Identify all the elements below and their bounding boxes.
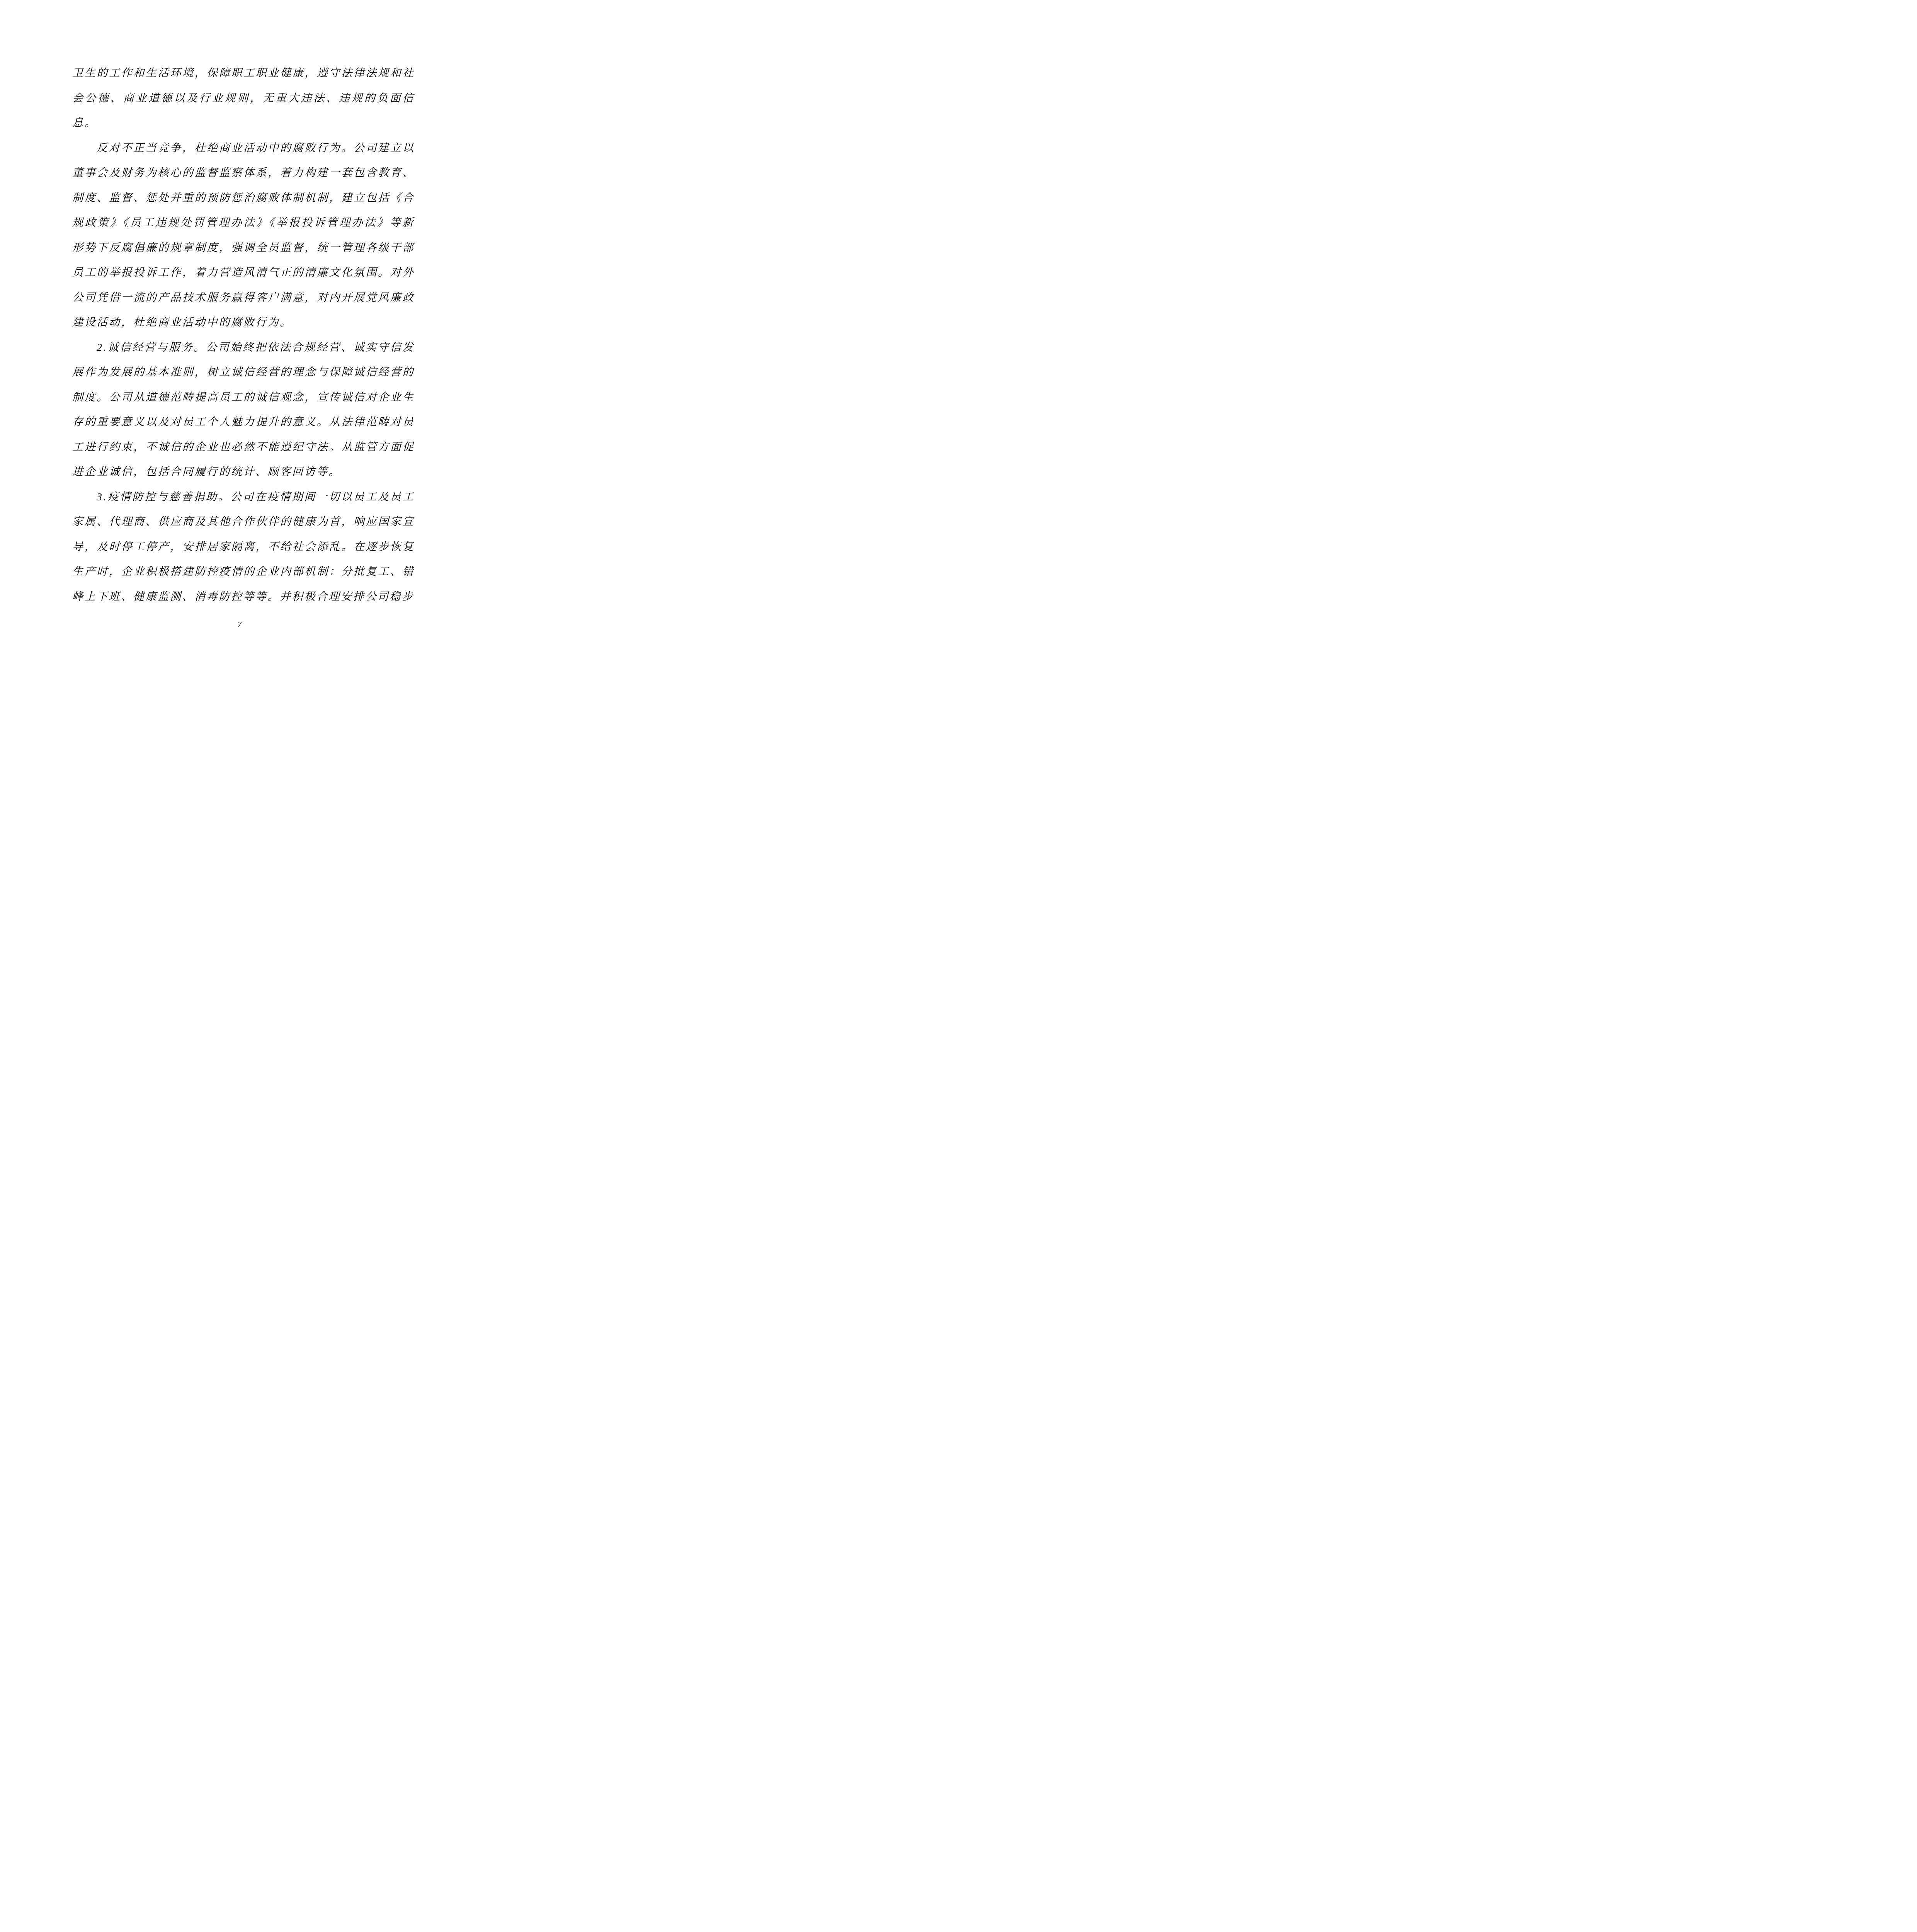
- document-page: 卫生的工作和生活环境，保障职工职业健康，遵守法律法规和社会公德、商业道德以及行业…: [0, 0, 479, 678]
- paragraph-pandemic-charity: 3.疫情防控与慈善捐助。公司在疫情期间一切以员工及员工家属、代理商、供应商及其他…: [72, 485, 415, 610]
- paragraph-continuation: 卫生的工作和生活环境，保障职工职业健康，遵守法律法规和社会公德、商业道德以及行业…: [72, 61, 415, 136]
- page-number: 7: [238, 621, 242, 629]
- text-block: 卫生的工作和生活环境，保障职工职业健康，遵守法律法规和社会公德、商业道德以及行业…: [72, 61, 415, 609]
- paragraph-anti-corruption: 反对不正当竞争，杜绝商业活动中的腐败行为。公司建立以董事会及财务为核心的监督监察…: [72, 136, 415, 335]
- page-footer: 7: [0, 619, 479, 631]
- paragraph-integrity-operations: 2.诚信经营与服务。公司始终把依法合规经营、诚实守信发展作为发展的基本准则，树立…: [72, 335, 415, 485]
